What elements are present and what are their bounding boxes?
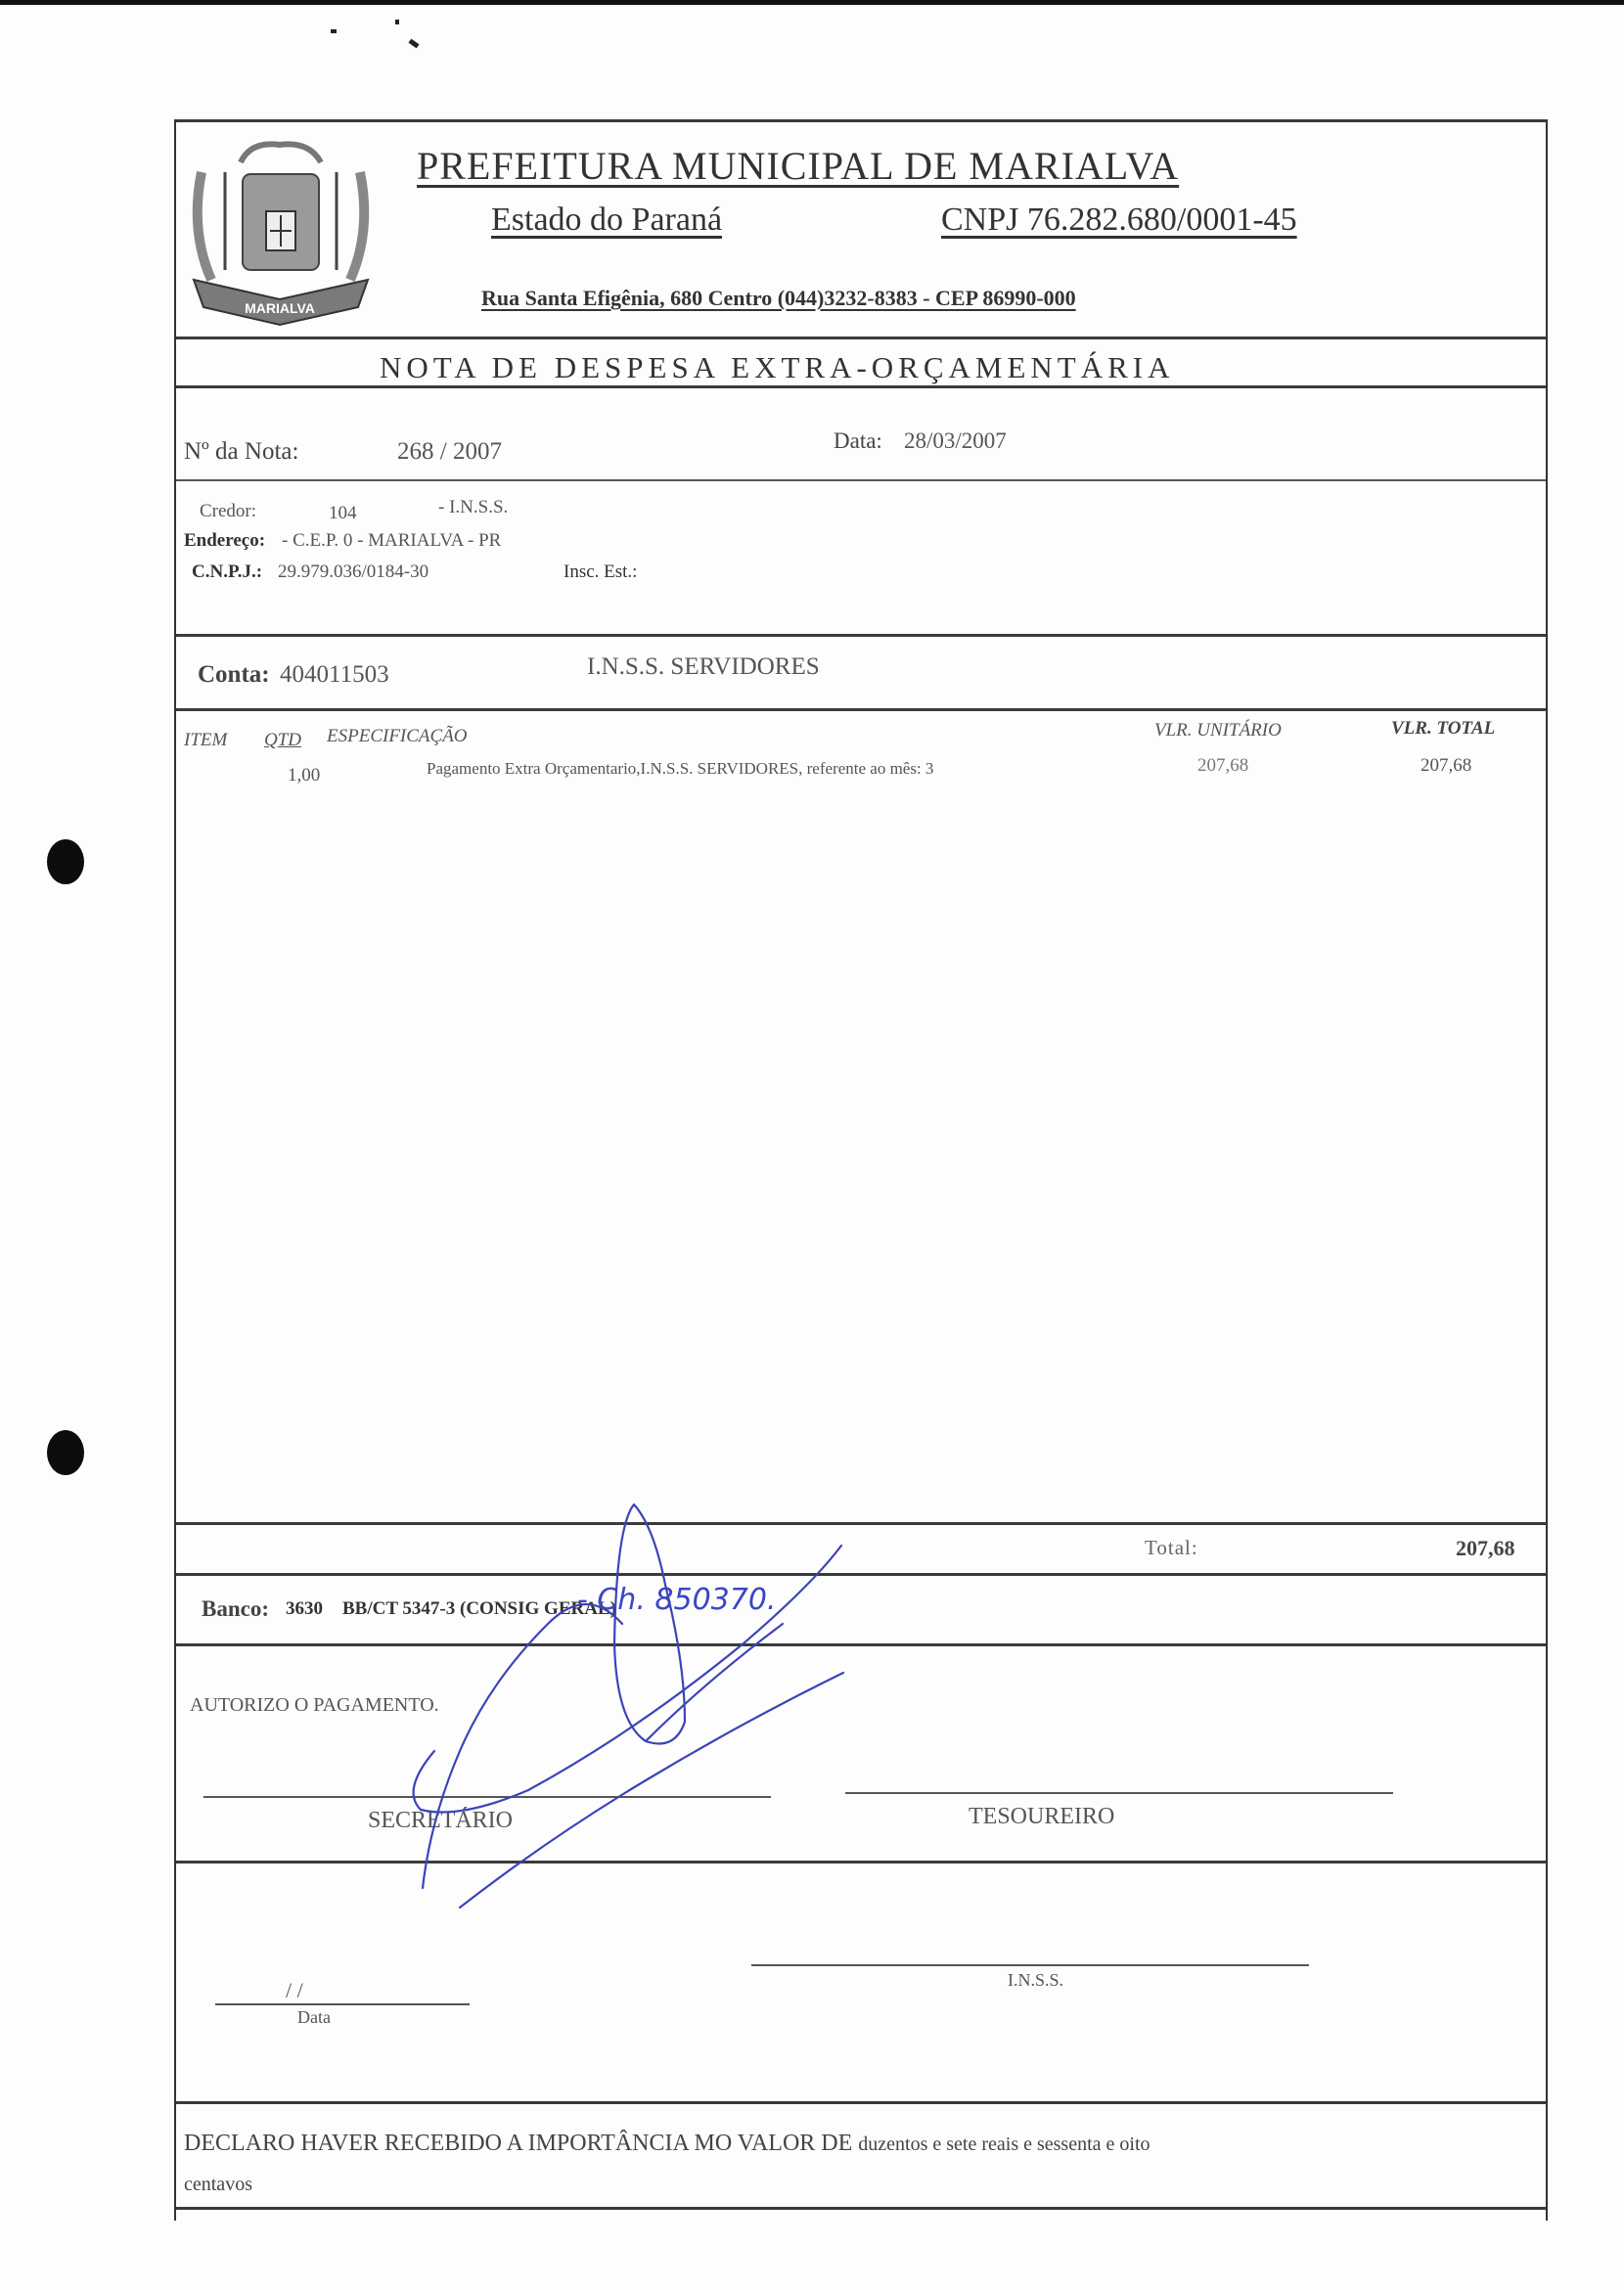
signature-ink-icon bbox=[0, 0, 1624, 2290]
